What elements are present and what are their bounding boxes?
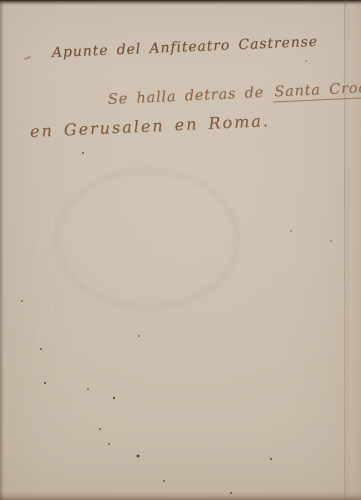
- inscription-underlined-text: Santa Croce: [272, 79, 361, 102]
- inscription-line-2: Se halla detras de Santa Croce: [108, 79, 361, 108]
- page-edge-right: [344, 0, 361, 500]
- inscription-line-1: Apunte del Anfiteatro Castrense: [52, 34, 319, 61]
- manuscript-page: Apunte del Anfiteatro Castrense Se halla…: [0, 0, 361, 500]
- page-edge-bottom: [0, 491, 361, 500]
- ring-stain: [55, 168, 240, 310]
- inscription-line-2-text: Se halla detras de: [108, 85, 273, 108]
- page-edge-top: [0, 0, 361, 5]
- stray-pen-mark: [24, 56, 31, 60]
- inscription-line-3: en Gerusalen en Roma.: [30, 111, 271, 141]
- foxing-specks: [0, 0, 2, 2]
- page-edge-left: [0, 0, 4, 500]
